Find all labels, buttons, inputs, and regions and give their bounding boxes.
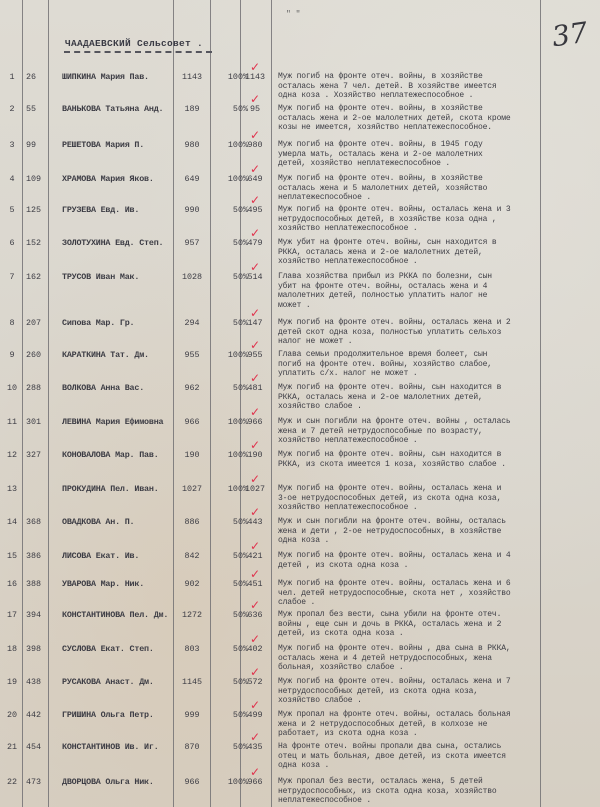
top-mark: " ": [286, 10, 300, 19]
row-number: 13: [4, 484, 20, 494]
account-number: 473: [26, 777, 50, 787]
account-number: 99: [26, 140, 50, 150]
page-number: 37: [550, 16, 590, 54]
taxpayer-name: ШИПКИНА Мария Пав.: [62, 72, 172, 82]
relief-reason: Муж погиб на фронте отеч. войны, осталас…: [278, 579, 514, 608]
red-checkmark-icon: ✓: [250, 505, 260, 519]
taxpayer-name: РЕШЕТОВА Мария П.: [62, 140, 172, 150]
tax-amount: 1027: [176, 484, 208, 494]
account-number: 327: [26, 450, 50, 460]
row-number: 8: [4, 318, 20, 328]
relief-reason: Муж пропал на фронте отеч. войны, остала…: [278, 710, 514, 739]
taxpayer-name: ЛЕВИНА Мария Ефимовна: [62, 417, 172, 427]
tax-amount: 1272: [176, 610, 208, 620]
account-number: 109: [26, 174, 50, 184]
red-checkmark-icon: ✓: [250, 539, 260, 553]
row-number: 2: [4, 104, 20, 114]
tax-amount: 803: [176, 644, 208, 654]
relief-reason: Муж погиб на фронте отеч. войны, в хозяй…: [278, 72, 514, 101]
row-number: 3: [4, 140, 20, 150]
relief-reason: Муж погиб на фронте отеч. войны , два сы…: [278, 644, 514, 673]
account-number: 442: [26, 710, 50, 720]
column-rule: [271, 0, 272, 807]
relief-reason: Муж и сын погибли на фронте отеч. войны …: [278, 417, 514, 446]
tax-amount: 870: [176, 742, 208, 752]
tax-amount: 294: [176, 318, 208, 328]
tax-amount: 649: [176, 174, 208, 184]
account-number: 152: [26, 238, 50, 248]
red-checkmark-icon: ✓: [250, 371, 260, 385]
taxpayer-name: ЛИСОВА Екат. Ив.: [62, 551, 172, 561]
column-rule: [173, 0, 174, 807]
row-number: 6: [4, 238, 20, 248]
title-underline: [64, 51, 212, 53]
relief-reason: Муж пропал без вести, сына убили на фрон…: [278, 610, 514, 639]
relief-reason: Муж погиб на фронте отеч. войны, осталас…: [278, 318, 514, 347]
taxpayer-name: РУСАКОВА Анаст. Дм.: [62, 677, 172, 687]
account-number: 388: [26, 579, 50, 589]
red-checkmark-icon: ✓: [250, 193, 260, 207]
taxpayer-name: ВАНЬКОВА Татьяна Анд.: [62, 104, 172, 114]
relief-reason: Муж погиб на фронте отеч. войны, осталас…: [278, 551, 514, 570]
account-number: 260: [26, 350, 50, 360]
tax-amount: 966: [176, 777, 208, 787]
taxpayer-name: ДВОРЦОВА Ольга Ник.: [62, 777, 172, 787]
account-number: 288: [26, 383, 50, 393]
relief-reason: Муж погиб на фронте отеч. войны, в хозяй…: [278, 104, 514, 133]
red-checkmark-icon: ✓: [250, 128, 260, 142]
account-number: 386: [26, 551, 50, 561]
row-number: 1: [4, 72, 20, 82]
tax-amount: 902: [176, 579, 208, 589]
relief-reason: Муж погиб на фронте отеч. войны, осталас…: [278, 205, 514, 234]
relief-reason: Муж погиб на фронте отеч. войны, осталас…: [278, 484, 514, 513]
row-number: 11: [4, 417, 20, 427]
relief-reason: Муж убит на фронте отеч. войны, сын нахо…: [278, 238, 514, 267]
account-number: 398: [26, 644, 50, 654]
account-number: 301: [26, 417, 50, 427]
tax-amount: 990: [176, 205, 208, 215]
row-number: 9: [4, 350, 20, 360]
red-checkmark-icon: ✓: [250, 632, 260, 646]
taxpayer-name: УВАРОВА Мар. Ник.: [62, 579, 172, 589]
relief-reason: На фронте отеч. войны пропали два сына, …: [278, 742, 514, 771]
taxpayer-name: Сипова Мар. Гр.: [62, 318, 172, 328]
red-checkmark-icon: ✓: [250, 438, 260, 452]
red-checkmark-icon: ✓: [250, 698, 260, 712]
row-number: 15: [4, 551, 20, 561]
taxpayer-name: КОНСТАНТИНОВА Пел. Дм.: [62, 610, 172, 620]
red-checkmark-icon: ✓: [250, 338, 260, 352]
account-number: 162: [26, 272, 50, 282]
taxpayer-name: ХРАМОВА Мария Яков.: [62, 174, 172, 184]
account-number: 454: [26, 742, 50, 752]
tax-amount: 955: [176, 350, 208, 360]
tax-amount: 962: [176, 383, 208, 393]
relief-reason: Глава семьи продолжительное время болеет…: [278, 350, 514, 379]
red-checkmark-icon: ✓: [250, 405, 260, 419]
taxpayer-name: ОВАДКОВА Ан. П.: [62, 517, 172, 527]
account-number: 394: [26, 610, 50, 620]
account-number: 55: [26, 104, 50, 114]
relief-reason: Глава хозяйства прибыл из РККА по болезн…: [278, 272, 514, 310]
relief-reason: Муж и сын погибли на фронте отеч. войны,…: [278, 517, 514, 546]
account-number: 26: [26, 72, 50, 82]
relief-reason: Муж погиб на фронте отеч. войны, в хозяй…: [278, 174, 514, 203]
tax-amount: 966: [176, 417, 208, 427]
tax-amount: 1143: [176, 72, 208, 82]
red-checkmark-icon: ✓: [250, 730, 260, 744]
account-number: 438: [26, 677, 50, 687]
taxpayer-name: ГРИШИНА Ольга Петр.: [62, 710, 172, 720]
red-checkmark-icon: ✓: [250, 162, 260, 176]
column-rule: [210, 0, 211, 807]
relief-reason: Муж погиб на фронте отеч. войны, в 1945 …: [278, 140, 514, 169]
red-checkmark-icon: ✓: [250, 92, 260, 106]
row-number: 17: [4, 610, 20, 620]
tax-amount: 1028: [176, 272, 208, 282]
taxpayer-name: ЗОЛОТУХИНА Евд. Степ.: [62, 238, 172, 248]
taxpayer-name: СУСЛОВА Екат. Степ.: [62, 644, 172, 654]
red-checkmark-icon: ✓: [250, 567, 260, 581]
red-checkmark-icon: ✓: [250, 472, 260, 486]
row-number: 10: [4, 383, 20, 393]
red-checkmark-icon: ✓: [250, 226, 260, 240]
taxpayer-name: ГРУЗЕВА Евд. Ив.: [62, 205, 172, 215]
tax-amount: 999: [176, 710, 208, 720]
taxpayer-name: ПРОКУДИНА Пел. Иван.: [62, 484, 172, 494]
column-rule: [22, 0, 23, 807]
document-page: " " 37 ЧААДАЕВСКИЙ Сельсовет . 126ШИПКИН…: [0, 0, 600, 807]
taxpayer-name: КОНСТАНТИНОВ Ив. Иг.: [62, 742, 172, 752]
red-checkmark-icon: ✓: [250, 598, 260, 612]
relief-reason: Муж погиб на фронте отеч. войны, сын нах…: [278, 450, 514, 469]
row-number: 20: [4, 710, 20, 720]
red-checkmark-icon: ✓: [250, 260, 260, 274]
row-number: 14: [4, 517, 20, 527]
row-number: 22: [4, 777, 20, 787]
tax-amount: 957: [176, 238, 208, 248]
tax-amount: 980: [176, 140, 208, 150]
row-number: 4: [4, 174, 20, 184]
tax-amount: 190: [176, 450, 208, 460]
red-checkmark-icon: ✓: [250, 665, 260, 679]
red-checkmark-icon: ✓: [250, 60, 260, 74]
row-number: 7: [4, 272, 20, 282]
taxpayer-name: КАРАТКИНА Тат. Дм.: [62, 350, 172, 360]
row-number: 16: [4, 579, 20, 589]
column-rule: [540, 0, 541, 807]
account-number: 207: [26, 318, 50, 328]
red-checkmark-icon: ✓: [250, 306, 260, 320]
row-number: 19: [4, 677, 20, 687]
red-checkmark-icon: ✓: [250, 765, 260, 779]
tax-amount: 886: [176, 517, 208, 527]
tax-amount: 842: [176, 551, 208, 561]
row-number: 21: [4, 742, 20, 752]
row-number: 12: [4, 450, 20, 460]
relief-reason: Муж погиб на фронте отеч. войны, осталас…: [278, 677, 514, 706]
taxpayer-name: ВОЛКОВА Анна Вас.: [62, 383, 172, 393]
account-number: 125: [26, 205, 50, 215]
row-number: 18: [4, 644, 20, 654]
relief-reason: Муж погиб на фронте отеч. войны, сын нах…: [278, 383, 514, 412]
taxpayer-name: ТРУСОВ Иван Мак.: [62, 272, 172, 282]
relief-reason: Муж пропал без вести, осталась жена, 5 д…: [278, 777, 514, 806]
account-number: 368: [26, 517, 50, 527]
section-title: ЧААДАЕВСКИЙ Сельсовет .: [65, 38, 203, 49]
row-number: 5: [4, 205, 20, 215]
tax-amount: 1145: [176, 677, 208, 687]
tax-amount: 189: [176, 104, 208, 114]
taxpayer-name: КОНОВАЛОВА Мар. Пав.: [62, 450, 172, 460]
